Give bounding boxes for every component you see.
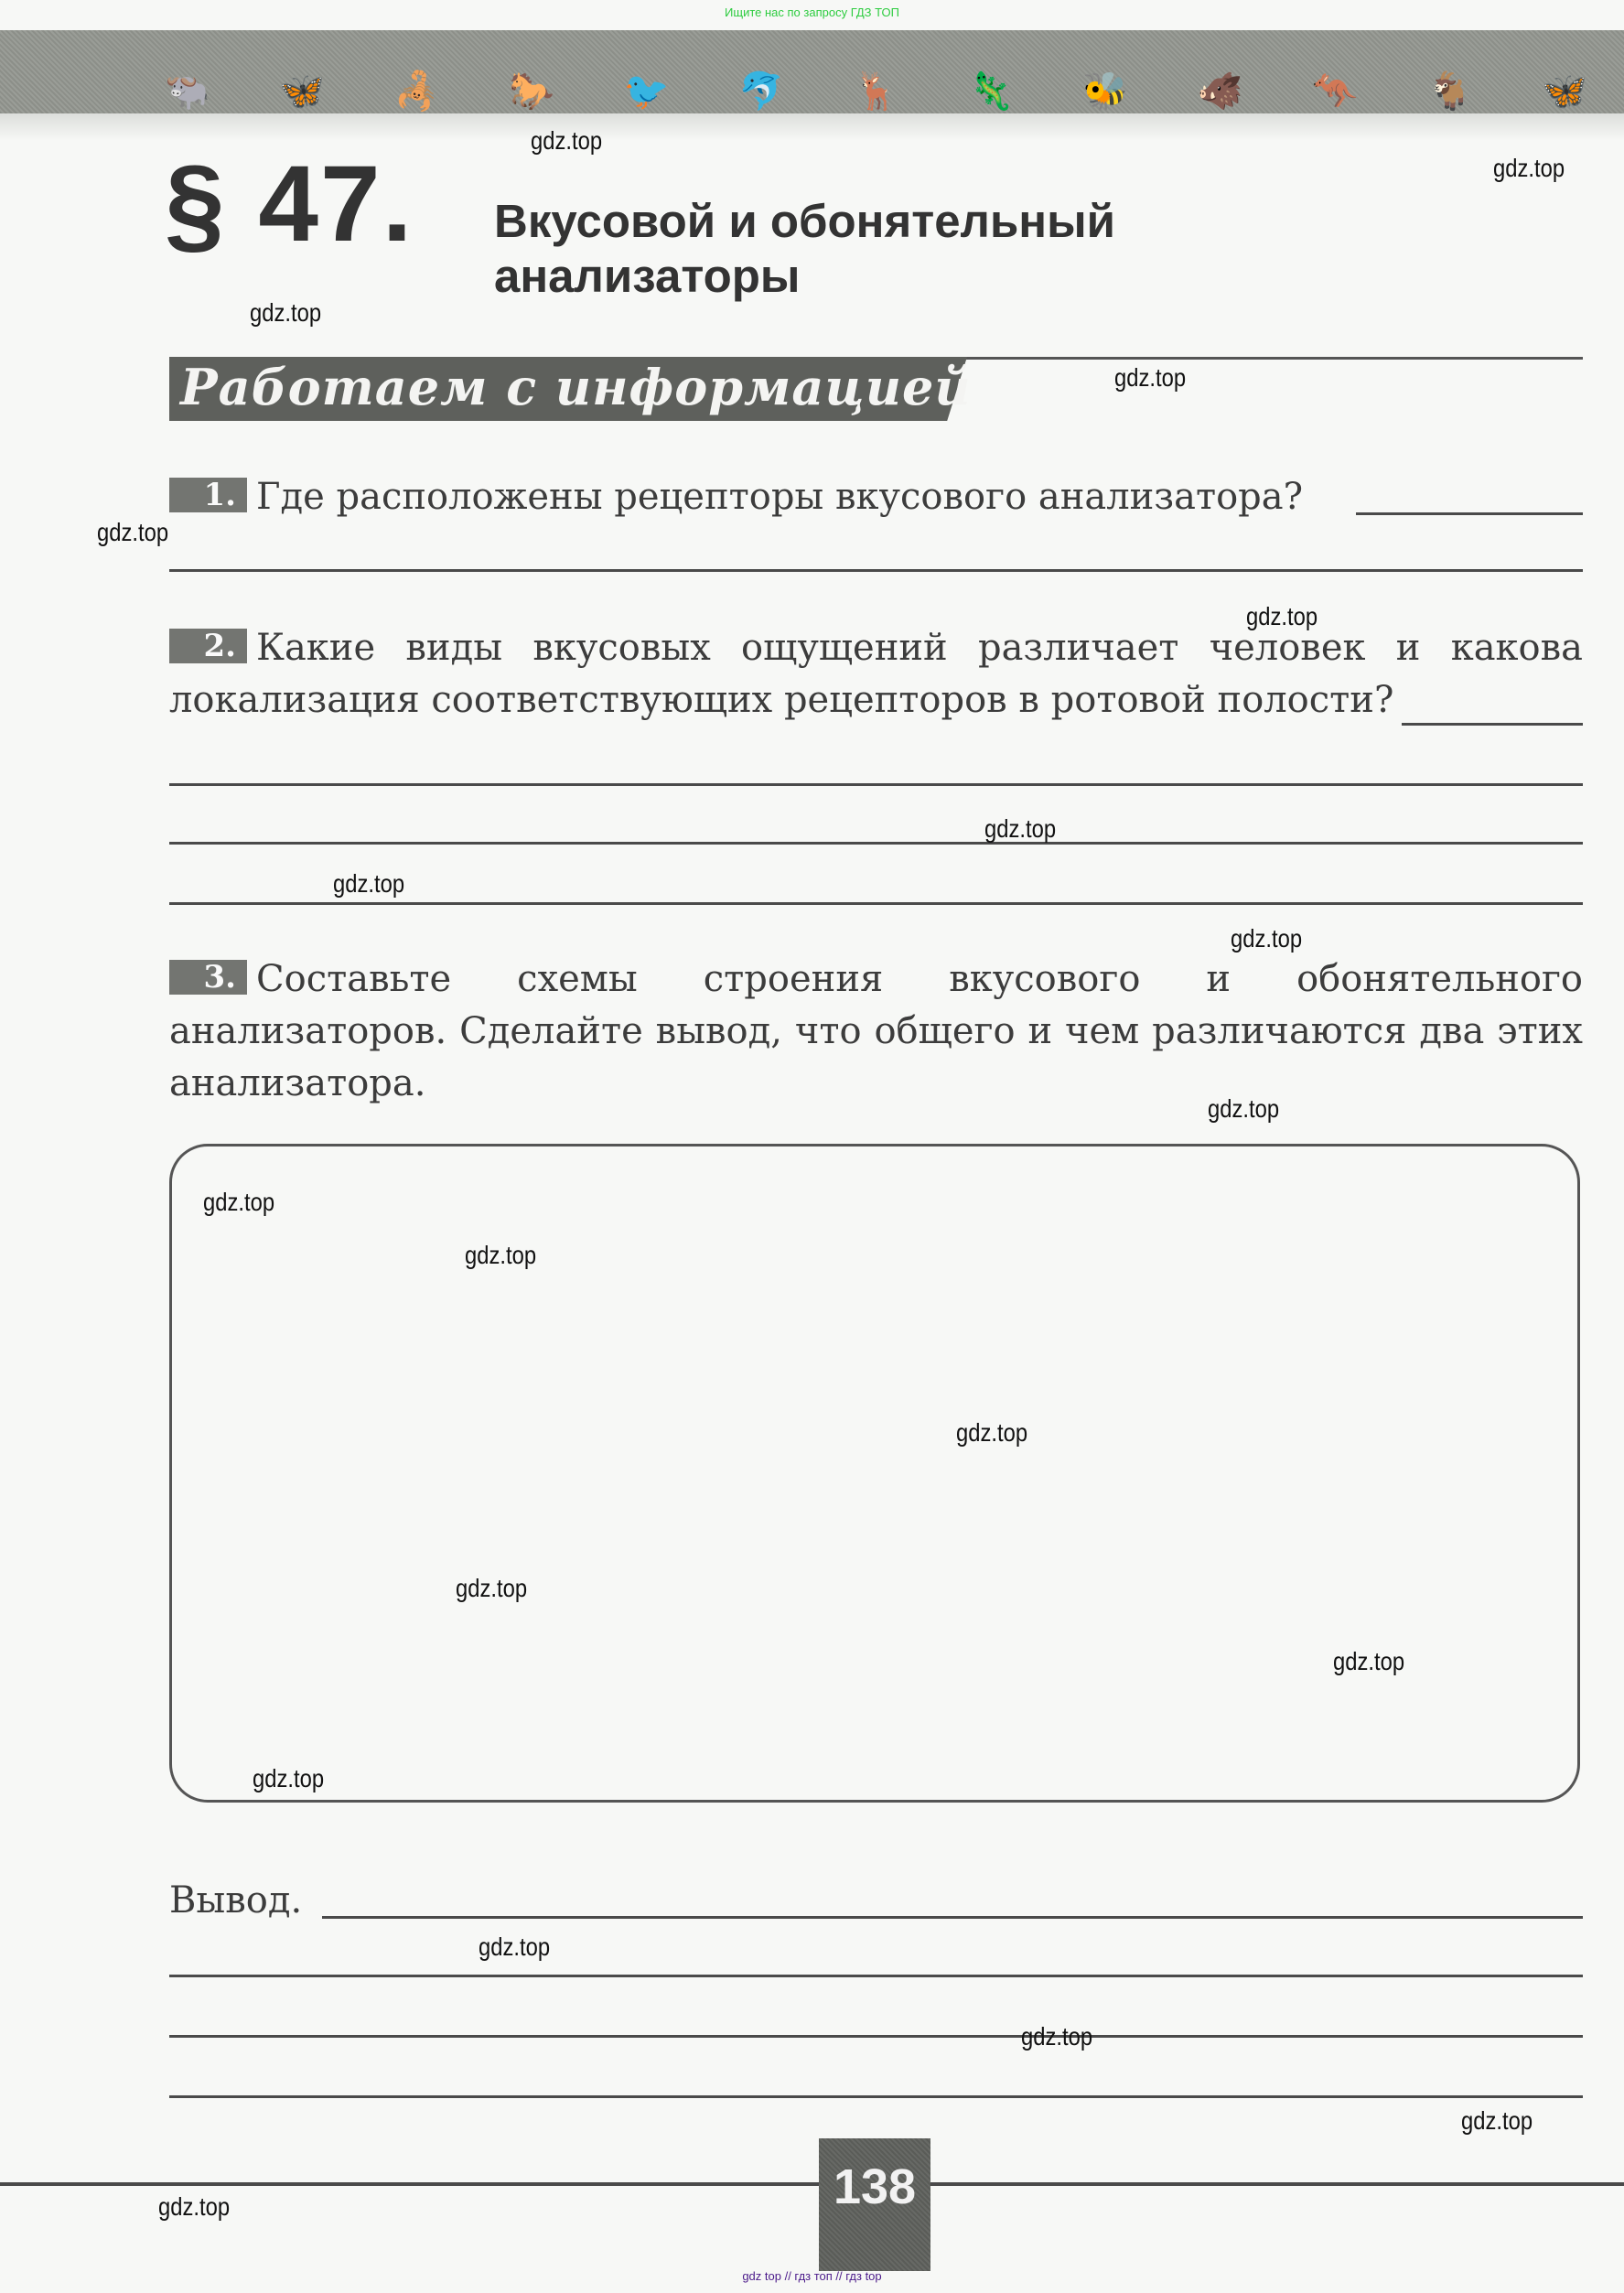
paragraph-number: § 47.	[165, 145, 414, 264]
page-title-line-2: анализаторы	[494, 249, 1115, 304]
question-text: Какие виды вкусовых ощущений различает ч…	[169, 627, 1583, 721]
page-title-line-1: Вкусовой и обонятельный	[494, 194, 1115, 249]
question-3: 3.Составьте схемы строения вкусового и о…	[169, 953, 1583, 1110]
question-1: 1.Где расположены рецепторы вкусового ан…	[169, 471, 1583, 523]
question-2: 2.Какие виды вкусовых ощущений различает…	[169, 622, 1583, 727]
header-band: 🐃 🦋 🦂 🐎 🐦 🐬 🦌 🦎 🐝 🐗 🦘 🐐 🦋	[0, 30, 1624, 113]
butterfly-icon: 🦋	[279, 70, 325, 113]
watermark: gdz.top	[956, 1418, 1027, 1448]
butterfly-icon: 🦋	[1542, 70, 1587, 113]
watermark: gdz.top	[1114, 363, 1186, 393]
question-text: Составьте схемы строения вкусового и обо…	[169, 958, 1583, 1104]
answer-line[interactable]	[169, 842, 1583, 845]
watermark: gdz.top	[1461, 2106, 1533, 2136]
bison-icon: 🐃	[165, 70, 210, 113]
watermark: gdz.top	[1021, 2022, 1092, 2051]
watermark: gdz.top	[984, 814, 1056, 844]
question-number-badge: 2.	[169, 629, 247, 663]
answer-line[interactable]	[1356, 512, 1583, 515]
conclusion-line[interactable]	[169, 2095, 1583, 2098]
question-number-badge: 1.	[169, 478, 247, 512]
conclusion-line[interactable]	[169, 2035, 1583, 2038]
watermark: gdz.top	[1246, 602, 1317, 631]
lizard-icon: 🦎	[968, 70, 1014, 113]
diagram-answer-box[interactable]	[169, 1144, 1580, 1803]
dolphin-icon: 🐬	[738, 70, 784, 113]
scorpion-icon: 🦂	[394, 70, 440, 113]
answer-line[interactable]	[169, 902, 1583, 905]
kangaroo-icon: 🦘	[1312, 70, 1358, 113]
footer-rule	[0, 2182, 1624, 2186]
watermark: gdz.top	[1231, 924, 1302, 953]
band-shadow	[0, 113, 1624, 141]
watermark: gdz.top	[1333, 1647, 1404, 1676]
bird-icon: 🐦	[624, 70, 670, 113]
section-title: Работаем с информацией	[180, 355, 972, 419]
deer-icon: 🦌	[854, 70, 899, 113]
watermark: gdz.top	[333, 869, 404, 899]
answer-line[interactable]	[1402, 723, 1583, 726]
watermark: gdz.top	[1493, 154, 1565, 183]
question-number-badge: 3.	[169, 960, 247, 995]
conclusion-line[interactable]	[322, 1916, 1583, 1919]
page-number: 138	[819, 2159, 930, 2214]
boar-icon: 🐗	[1198, 70, 1243, 113]
conclusion-label: Вывод.	[169, 1878, 302, 1923]
horse-icon: 🐎	[509, 70, 554, 113]
watermark: gdz.top	[531, 126, 602, 156]
watermark: gdz.top	[253, 1764, 324, 1793]
conclusion-line[interactable]	[169, 1975, 1583, 1977]
footer-watermark: gdz top // гдз топ // гдз top	[0, 2269, 1624, 2283]
search-hint-banner: Ищите нас по запросу ГДЗ ТОП	[0, 5, 1624, 19]
watermark: gdz.top	[479, 1932, 550, 1962]
watermark: gdz.top	[250, 298, 321, 328]
animal-icons-row: 🐃 🦋 🦂 🐎 🐦 🐬 🦌 🦎 🐝 🐗 🦘 🐐 🦋	[165, 67, 1587, 113]
insect-icon: 🐝	[1082, 70, 1128, 113]
question-text: Где расположены рецепторы вкусового анал…	[256, 476, 1303, 518]
answer-line[interactable]	[169, 783, 1583, 786]
watermark: gdz.top	[97, 518, 168, 547]
watermark: gdz.top	[456, 1574, 527, 1603]
watermark: gdz.top	[1208, 1094, 1279, 1124]
page-title: Вкусовой и обонятельный анализаторы	[494, 194, 1115, 304]
watermark: gdz.top	[465, 1241, 536, 1270]
answer-line[interactable]	[169, 569, 1583, 572]
watermark: gdz.top	[158, 2192, 230, 2222]
antelope-icon: 🐐	[1427, 70, 1473, 113]
watermark: gdz.top	[203, 1188, 274, 1217]
